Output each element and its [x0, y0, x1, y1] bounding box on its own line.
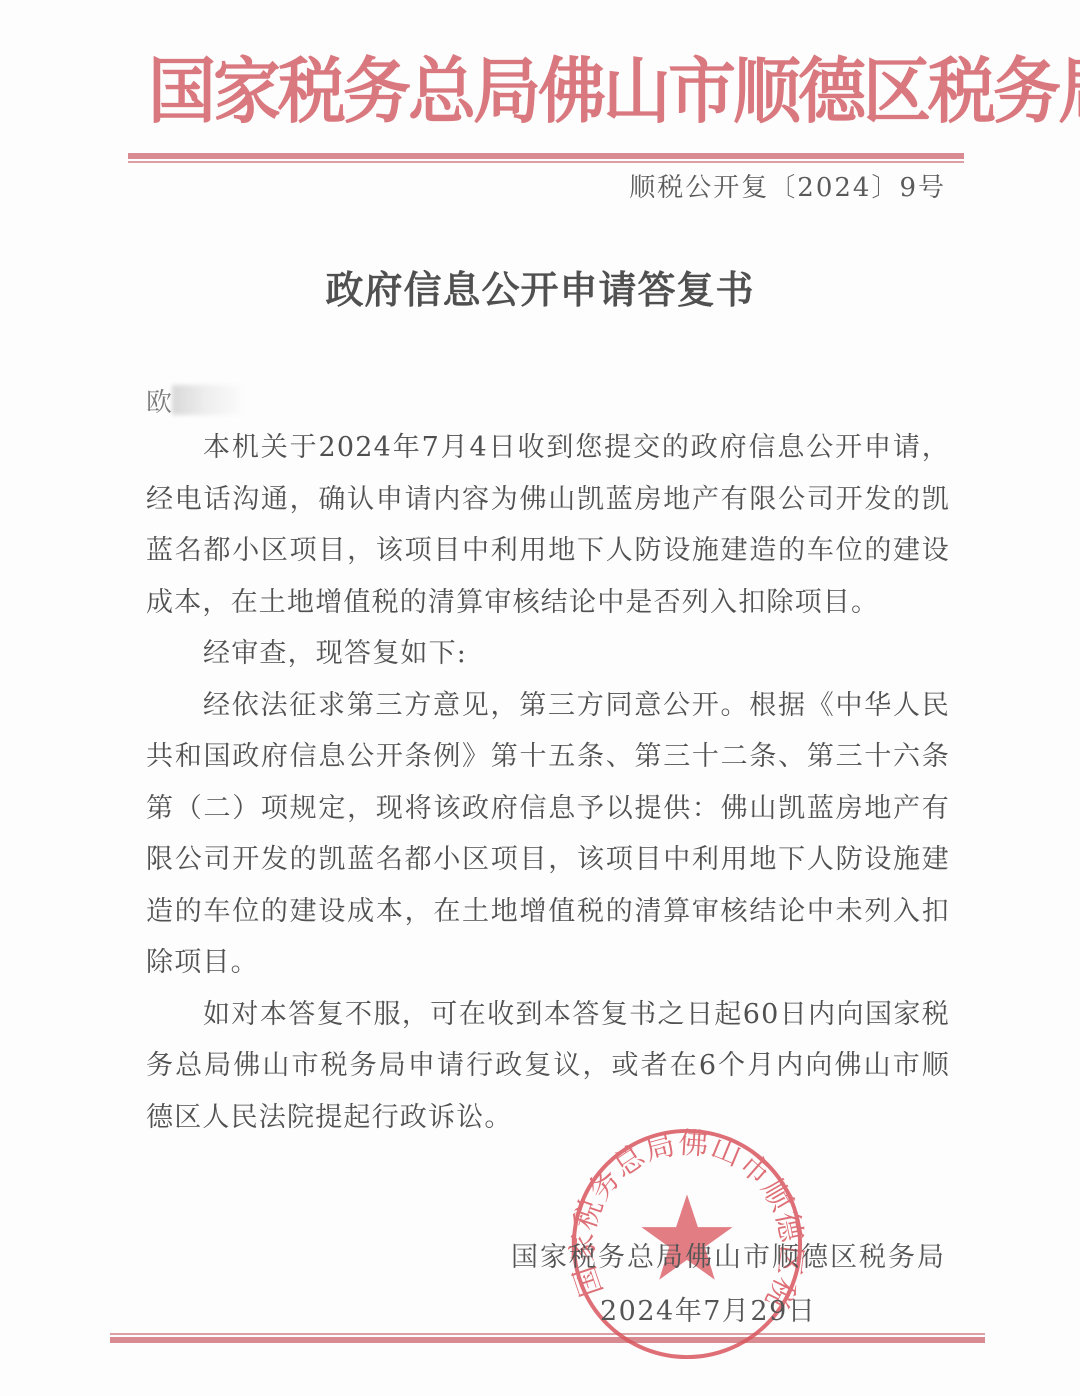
- body-paragraph-decision: 经依法征求第三方意见，第三方同意公开。根据《中华人民共和国政府信息公开条例》第十…: [146, 680, 950, 989]
- signature-org-name: 国家税务总局佛山市顺德区税务局: [511, 1236, 946, 1280]
- letterhead-rule-thin: [128, 161, 964, 163]
- letterhead-org-name: 国家税务总局佛山市顺德区税务局: [148, 50, 948, 134]
- body-paragraph-appeal: 如对本答复不服，可在收到本答复书之日起60日内向国家税务总局佛山市税务局申请行政…: [146, 989, 950, 1144]
- salutation-name-visible: 欧: [146, 382, 172, 419]
- letterhead-rule-thick: [128, 153, 964, 159]
- footer-rule-thin: [110, 1333, 985, 1335]
- document-body: 本机关于2024年7月4日收到您提交的政府信息公开申请，经电话沟通，确认申请内容…: [146, 422, 950, 1143]
- document-page: 国家税务总局佛山市顺德区税务局 顺税公开复〔2024〕9号 政府信息公开申请答复…: [0, 0, 1080, 1396]
- footer-rule-thick: [110, 1337, 985, 1343]
- body-paragraph-request: 本机关于2024年7月4日收到您提交的政府信息公开申请，经电话沟通，确认申请内容…: [146, 422, 950, 628]
- salutation: 欧: [146, 380, 240, 420]
- body-paragraph-review: 经审查，现答复如下:: [146, 628, 950, 680]
- document-title: 政府信息公开申请答复书: [0, 264, 1080, 316]
- document-number: 顺税公开复〔2024〕9号: [629, 170, 946, 206]
- redacted-name-block: [172, 385, 240, 415]
- signature-date: 2024年7月29日: [600, 1290, 816, 1334]
